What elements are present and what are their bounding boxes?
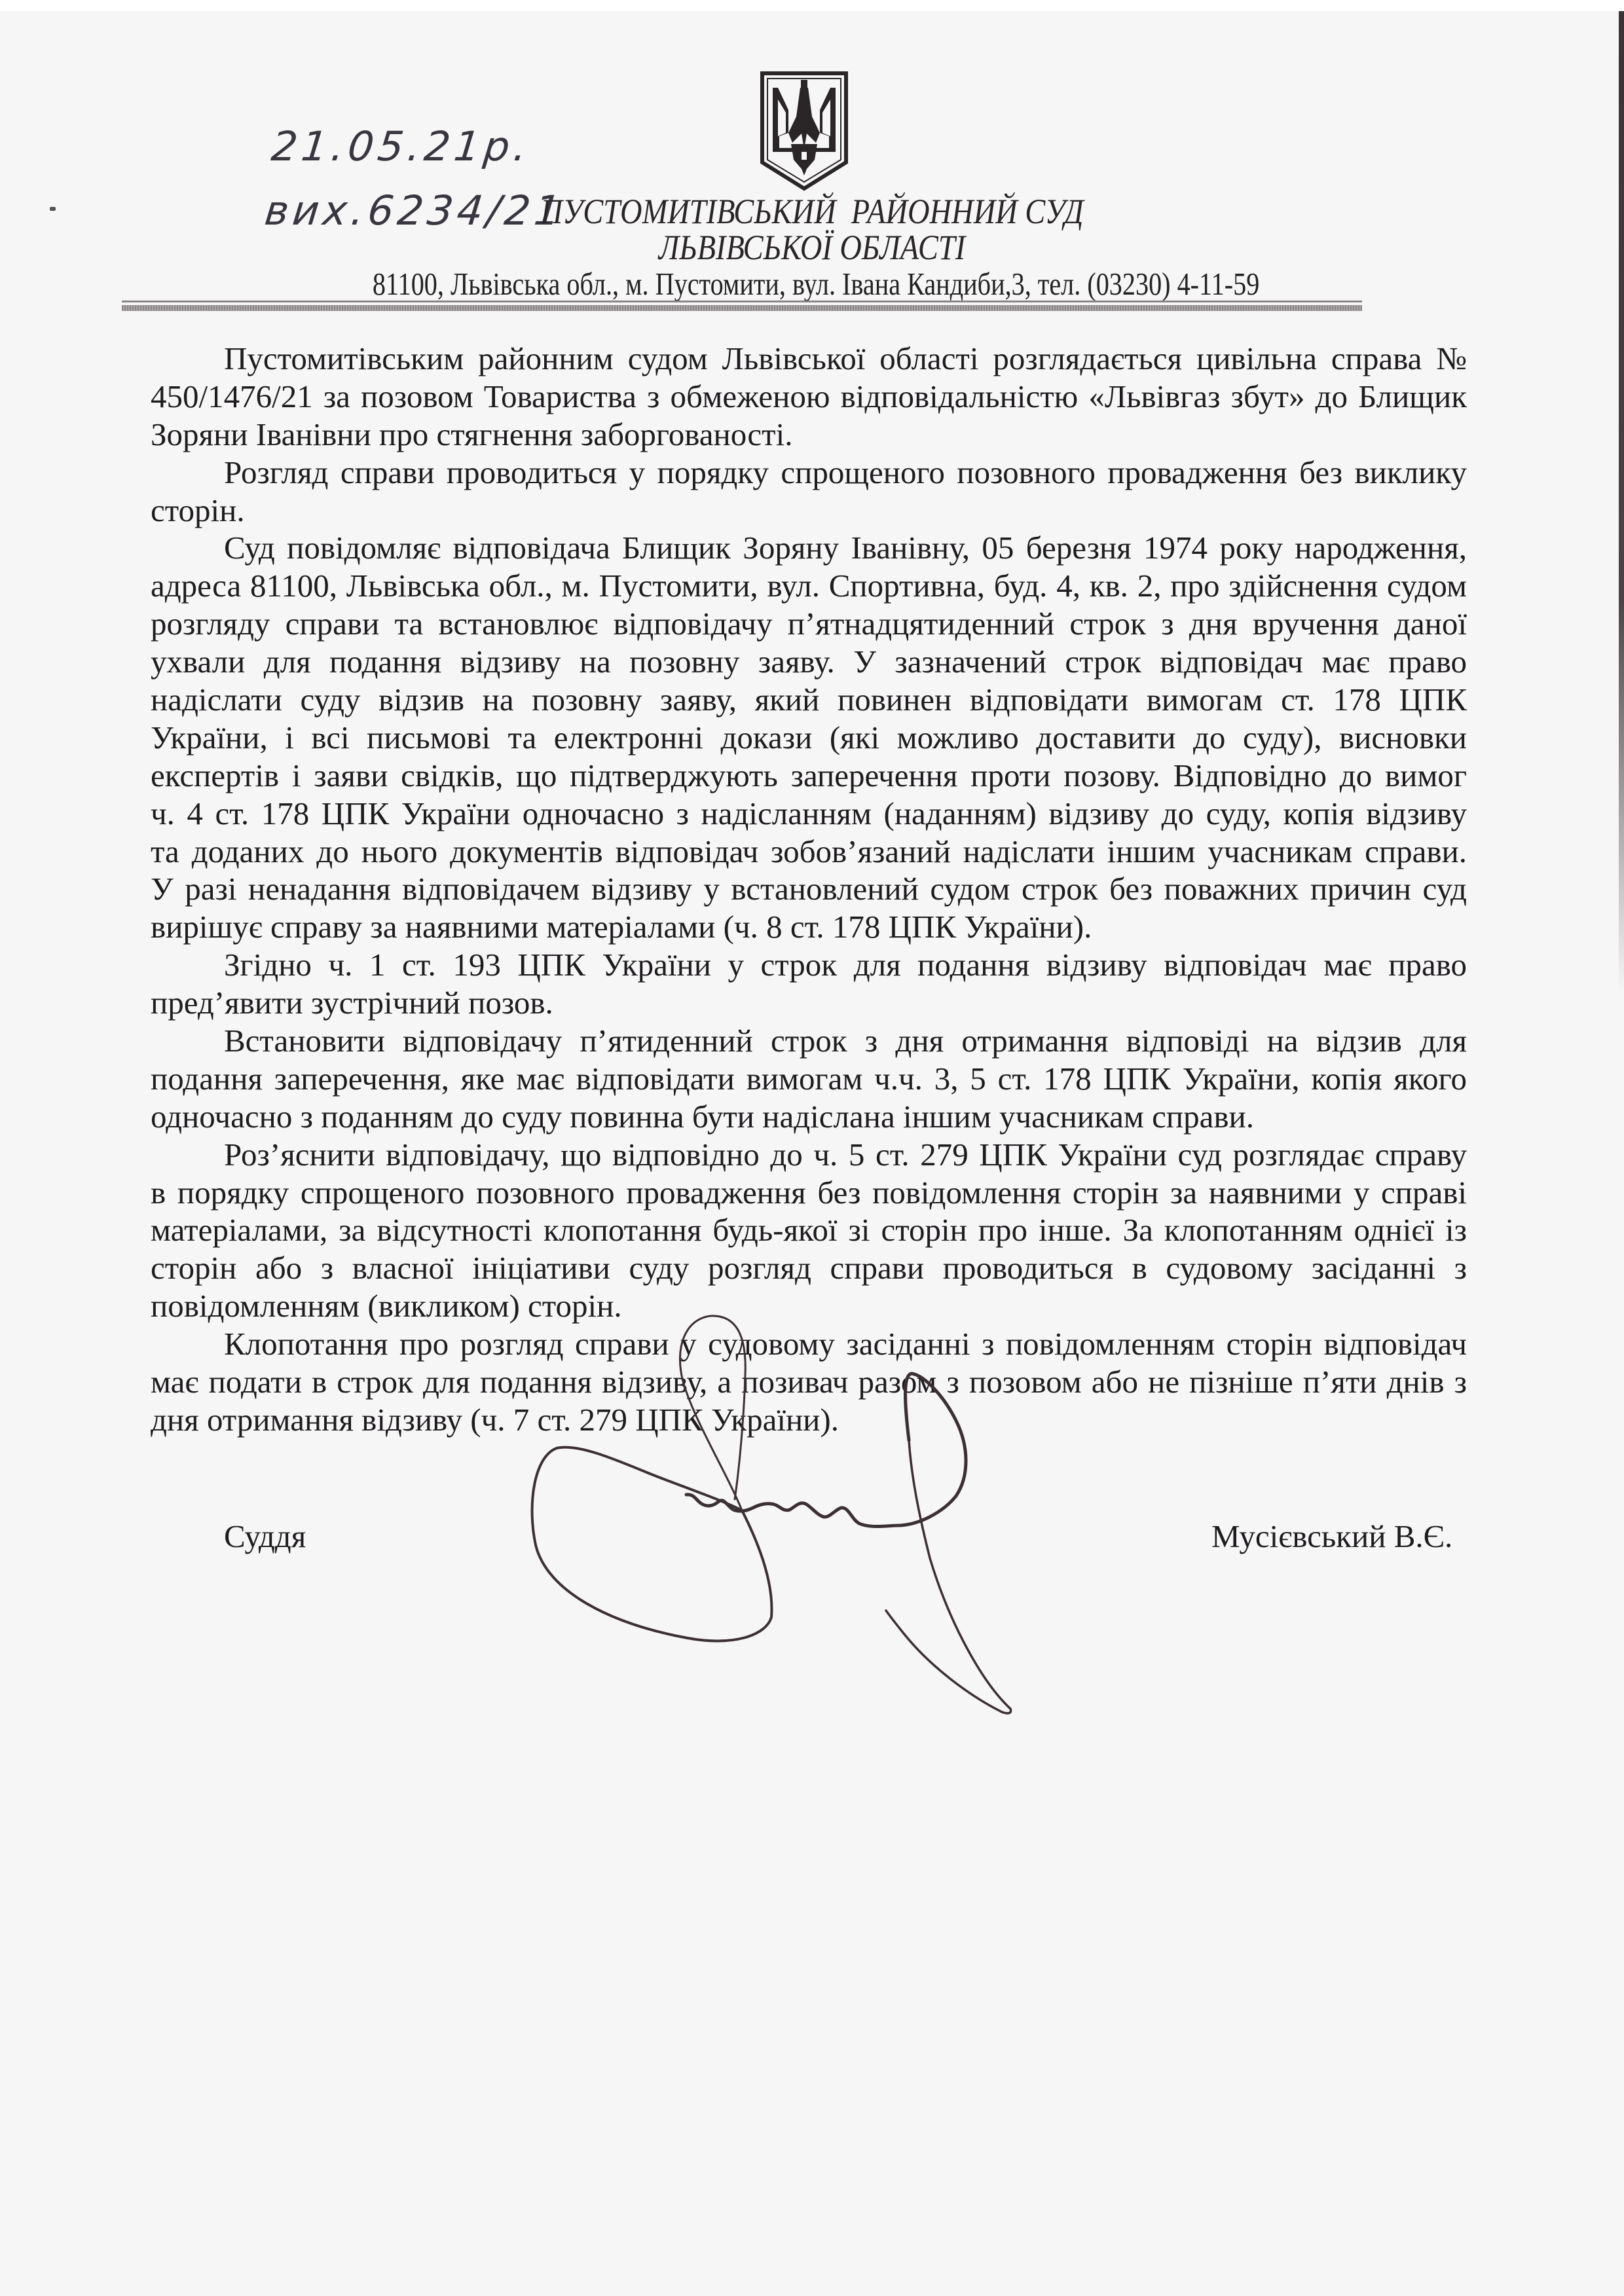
document-page: 21.05.21р. вих.6234/21 ПУСТОМИТІВСЬКИЙ Р… <box>0 0 1624 2296</box>
handwritten-signature-icon <box>0 0 1624 2296</box>
